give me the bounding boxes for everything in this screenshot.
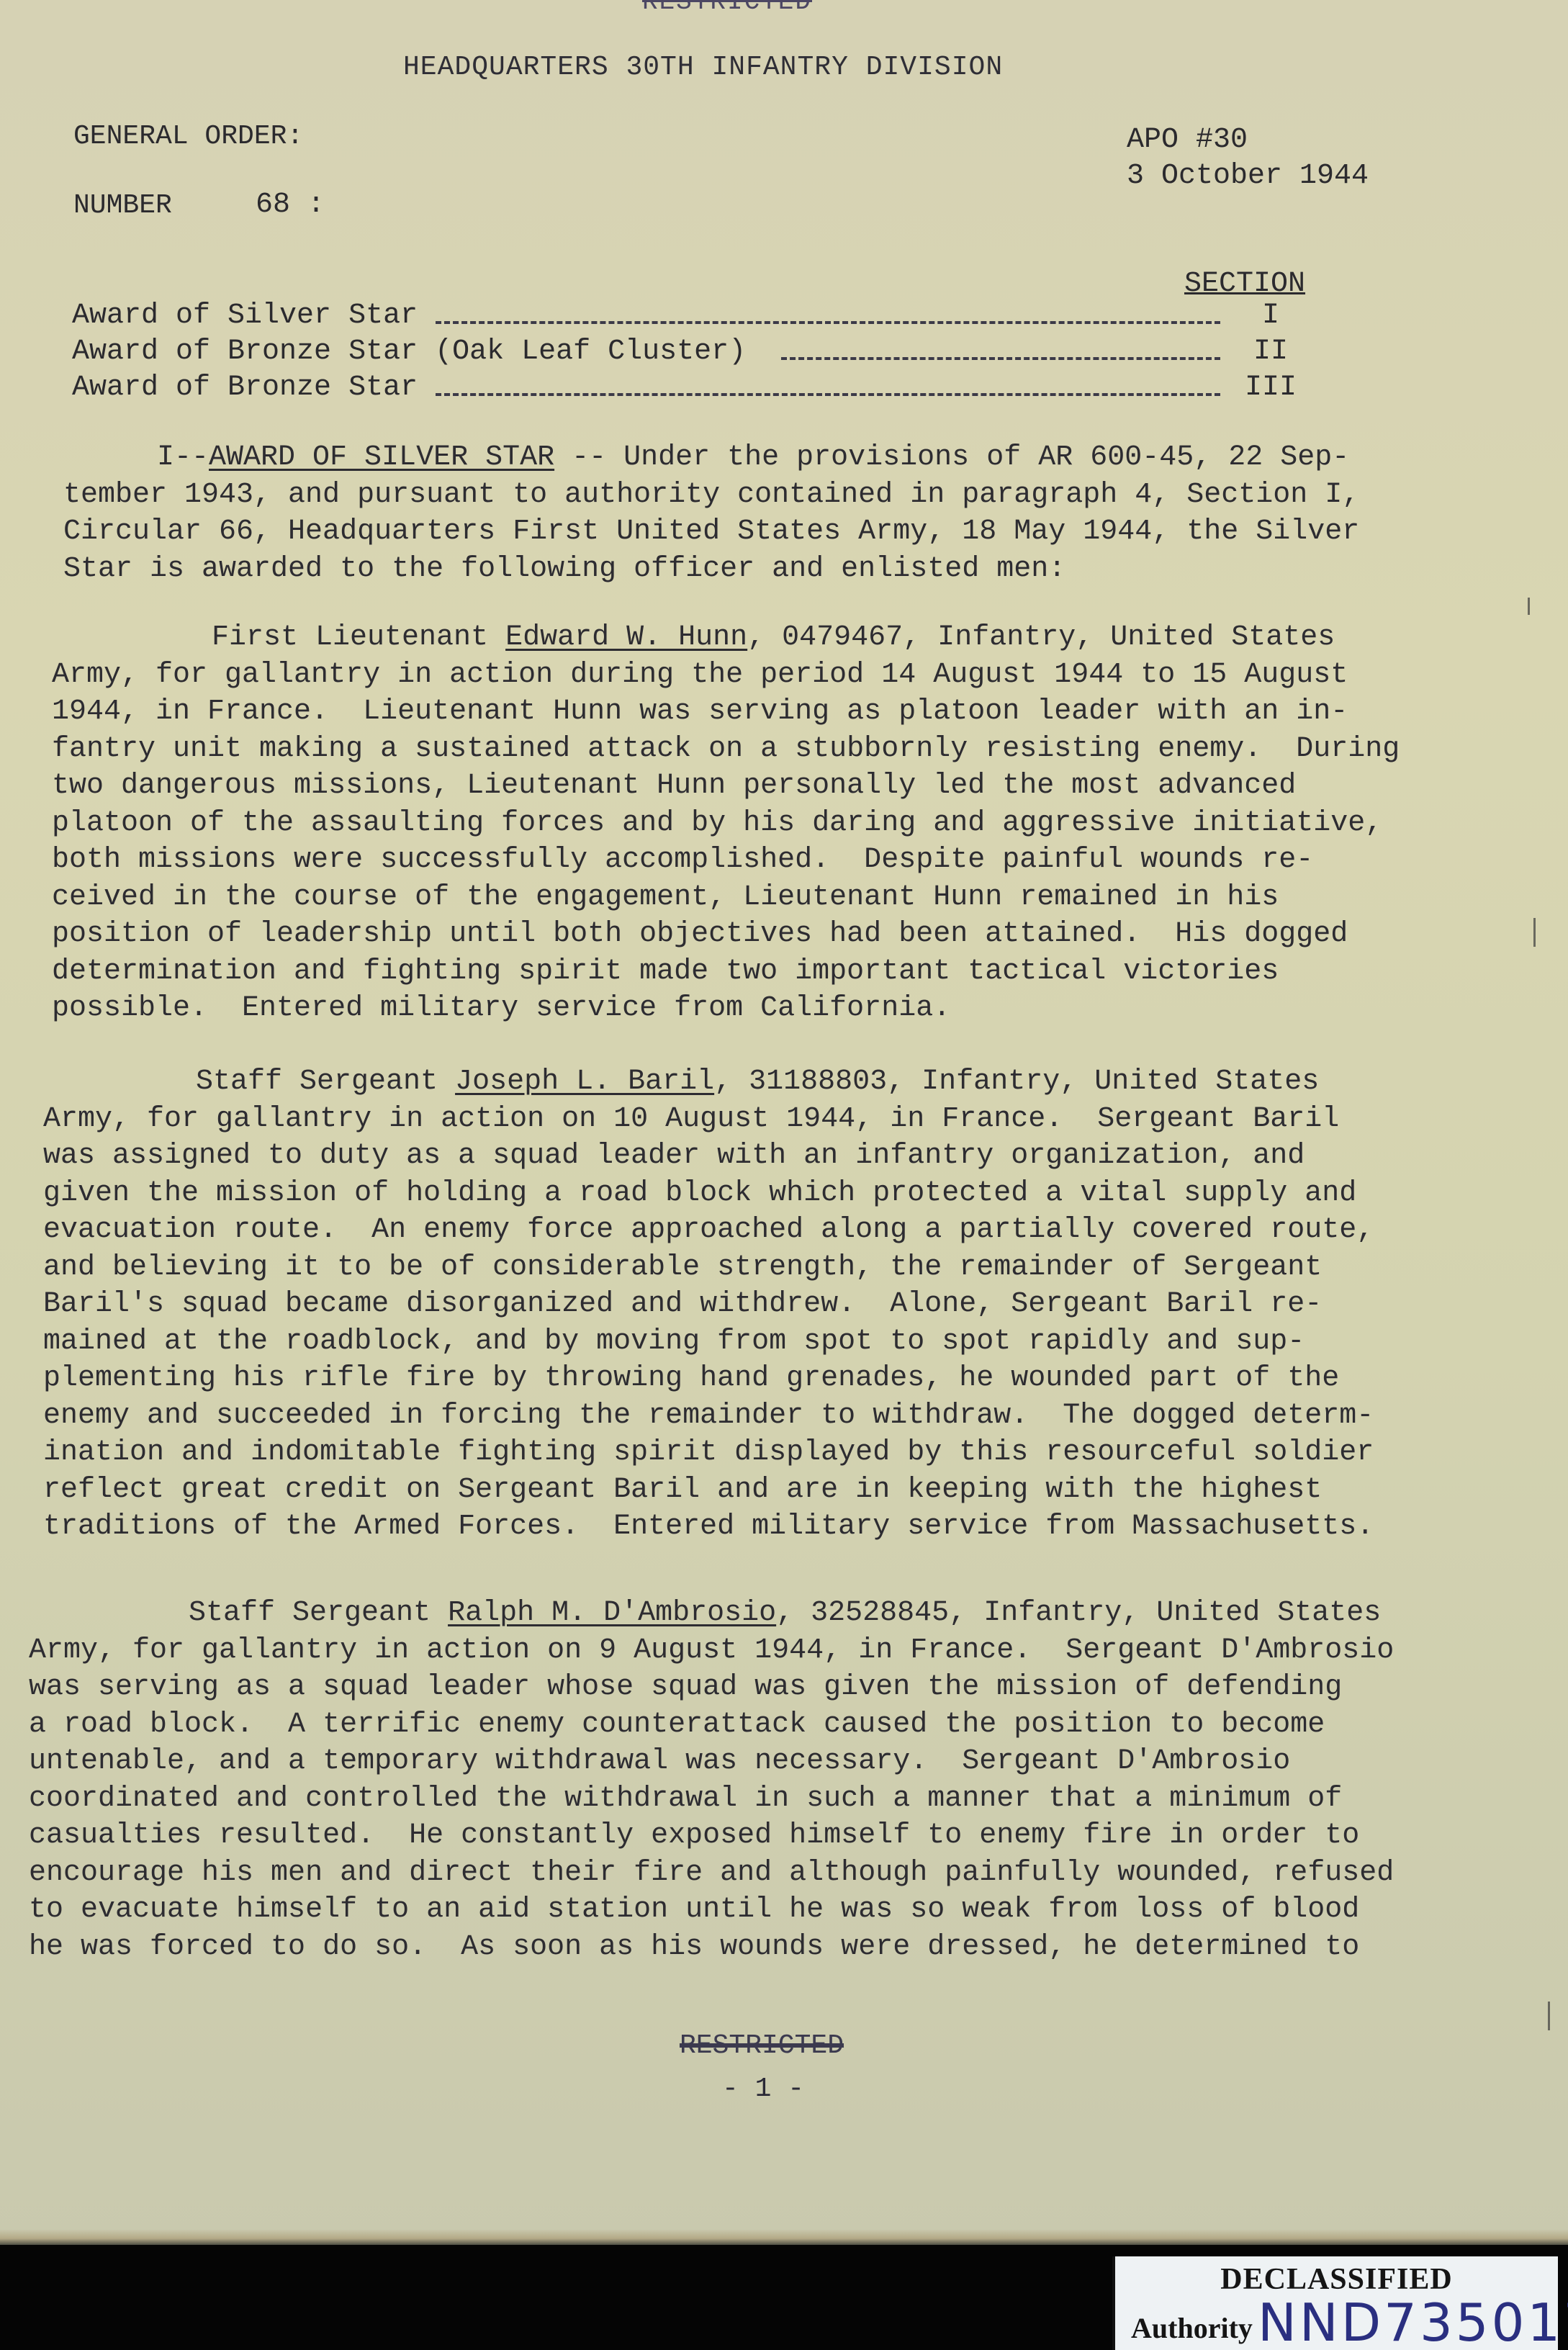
declassified-label: DECLASSIFIED Authority NND735017 (1112, 2256, 1558, 2350)
citation-name: Edward W. Hunn (505, 621, 747, 654)
toc-row-section: III (1242, 372, 1299, 404)
toc-row-label: Award of Silver Star (72, 300, 418, 332)
toc-leader-line (436, 321, 1220, 324)
citation-line: two dangerous missions, Lieutenant Hunn … (52, 770, 1296, 802)
section-prefix: I-- (157, 441, 209, 474)
citation-line: untenable, and a temporary withdrawal wa… (29, 1745, 1290, 1778)
margin-mark (1533, 918, 1536, 947)
citation-line: plementing his rifle fire by throwing ha… (43, 1362, 1339, 1395)
citation-line: possible. Entered military service from … (52, 992, 950, 1025)
toc-leader-line (781, 357, 1220, 360)
citation-line: was assigned to duty as a squad leader w… (43, 1140, 1305, 1172)
general-order-label: GENERAL ORDER: (73, 121, 303, 152)
citation-line: reflect great credit on Sergeant Baril a… (43, 1474, 1322, 1506)
intro-line: tember 1943, and pursuant to authority c… (63, 479, 1359, 511)
citation-line: traditions of the Armed Forces. Entered … (43, 1511, 1374, 1543)
page-number: - 1 - (691, 2074, 835, 2104)
citation-line: , 32528845, Infantry, United States (776, 1597, 1381, 1629)
intro-line: -- Under the provisions of AR 600-45, 22… (554, 441, 1349, 474)
apo-number: APO #30 (1127, 124, 1248, 156)
citation-rank: Staff Sergeant (189, 1597, 448, 1629)
citation-baril: Staff Sergeant Joseph L. Baril, 31188803… (43, 1063, 1483, 1546)
intro-line: Circular 66, Headquarters First United S… (63, 516, 1359, 548)
citation-name: Ralph M. D'Ambrosio (448, 1597, 776, 1629)
section-heading: AWARD OF SILVER STAR (209, 441, 554, 474)
citation-line: encourage his men and direct their fire … (29, 1857, 1394, 1889)
order-date: 3 October 1944 (1127, 160, 1369, 192)
citation-line: casualties resulted. He constantly expos… (29, 1819, 1359, 1852)
citation-line: determination and fighting spirit made t… (52, 955, 1279, 988)
toc-row-section: I (1242, 300, 1299, 332)
document-page: RESTRICTED HEADQUARTERS 30TH INFANTRY DI… (0, 0, 1568, 2245)
citation-line: was serving as a squad leader whose squa… (29, 1671, 1342, 1703)
declassified-title: DECLASSIFIED (1115, 2262, 1558, 2297)
citation-line: Army, for gallantry in action on 9 Augus… (29, 1634, 1394, 1667)
restricted-stamp-top: RESTRICTED (634, 0, 821, 13)
citation-line: , 31188803, Infantry, United States (714, 1066, 1319, 1098)
citation-line: position of leadership until both object… (52, 918, 1348, 950)
citation-line: Baril's squad became disorganized and wi… (43, 1288, 1322, 1320)
citation-dambrosio: Staff Sergeant Ralph M. D'Ambrosio, 3252… (29, 1595, 1469, 1966)
toc-row-label: Award of Bronze Star (72, 372, 418, 404)
headquarters-heading: HEADQUARTERS 30TH INFANTRY DIVISION (403, 52, 1003, 83)
margin-mark (1548, 2002, 1550, 2030)
citation-line: fantry unit making a sustained attack on… (52, 733, 1400, 765)
order-number-label: NUMBER (73, 190, 172, 221)
citation-line: and believing it to be of considerable s… (43, 1251, 1322, 1284)
restricted-stamp-footer: RESTRICTED (661, 2030, 862, 2061)
toc-row-label: Award of Bronze Star (Oak Leaf Cluster) (72, 336, 746, 368)
toc-section-header: SECTION (1184, 268, 1305, 300)
citation-line: he was forced to do so. As soon as his w… (29, 1931, 1359, 1963)
toc-row: Award of Bronze Star III (72, 372, 1368, 408)
citation-line: platoon of the assaulting forces and by … (52, 807, 1382, 839)
citation-line: to evacuate himself to an aid station un… (29, 1894, 1359, 1926)
citation-line: Army, for gallantry in action during the… (52, 659, 1348, 691)
citation-line: Army, for gallantry in action on 10 Augu… (43, 1103, 1339, 1135)
citation-rank: Staff Sergeant (196, 1066, 455, 1098)
authority-label: Authority (1131, 2311, 1253, 2345)
citation-line: evacuation route. An enemy force approac… (43, 1214, 1374, 1246)
toc-row: Award of Bronze Star (Oak Leaf Cluster) … (72, 336, 1368, 372)
toc-leader-line (436, 393, 1220, 396)
citation-line: ination and indomitable fighting spirit … (43, 1436, 1374, 1469)
order-number-value: 68 : (256, 189, 325, 221)
section-one-intro: I--AWARD OF SILVER STAR -- Under the pro… (63, 439, 1503, 587)
citation-name: Joseph L. Baril (455, 1066, 714, 1098)
citation-line: a road block. A terrific enemy counterat… (29, 1709, 1325, 1741)
citation-line: ceived in the course of the engagement, … (52, 881, 1279, 914)
toc-row-section: II (1242, 336, 1299, 368)
citation-line: 1944, in France. Lieutenant Hunn was ser… (52, 695, 1348, 728)
citation-line: coordinated and controlled the withdrawa… (29, 1783, 1342, 1815)
citation-line: mained at the roadblock, and by moving f… (43, 1325, 1305, 1358)
intro-line: Star is awarded to the following officer… (63, 553, 1065, 585)
citation-line: , 0479467, Infantry, United States (747, 621, 1335, 654)
toc-row: Award of Silver Star I (72, 300, 1368, 336)
citation-line: enemy and succeeded in forcing the remai… (43, 1400, 1374, 1432)
citation-rank: First Lieutenant (212, 621, 505, 654)
authority-value: NND735017 (1258, 2292, 1568, 2350)
citation-line: both missions were successfully accompli… (52, 844, 1313, 876)
margin-mark (1528, 598, 1530, 615)
citation-hunn: First Lieutenant Edward W. Hunn, 0479467… (52, 619, 1492, 1027)
citation-line: given the mission of holding a road bloc… (43, 1177, 1356, 1210)
